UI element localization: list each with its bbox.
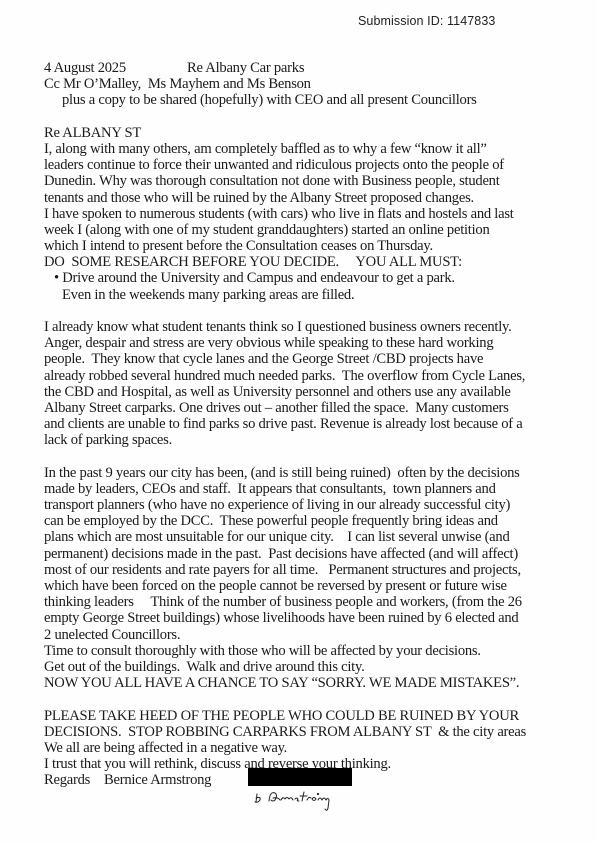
text-line: Anger, despair and stress are very obvio… (44, 335, 589, 351)
re-line: Re ALBANY ST (44, 125, 589, 141)
bullet-icon: • (54, 270, 59, 286)
text-line: week I (along with one of my student gra… (44, 222, 589, 238)
text-line: We all are being affected in a negative … (44, 740, 589, 756)
letter-subject: Re Albany Car parks (187, 60, 304, 76)
text-line: tenants and those who will be ruined by … (44, 190, 589, 206)
text-line: can be employed by the DCC. These powerf… (44, 513, 589, 529)
text-line: I already know what student tenants thin… (44, 319, 589, 335)
text-line: I have spoken to numerous students (with… (44, 206, 589, 222)
text-line: people. They know that cycle lanes and t… (44, 351, 589, 367)
text-line: made by leaders, CEOs and staff. It appe… (44, 481, 589, 497)
text-line: which I intend to present before the Con… (44, 238, 589, 254)
paragraph-1: I, along with many others, am completely… (44, 141, 589, 271)
letter-date: 4 August 2025 (44, 60, 126, 76)
text-line: permanent) decisions made in the past. P… (44, 546, 589, 562)
document-page: Submission ID: 1147833 4 August 2025 Re … (0, 0, 597, 844)
letter-header-row: 4 August 2025 Re Albany Car parks (44, 60, 589, 76)
paragraph-2: I already know what student tenants thin… (44, 319, 589, 449)
text-line: most of our residents and rate payers fo… (44, 562, 589, 578)
text-line: DO SOME RESEARCH BEFORE YOU DECIDE. YOU … (44, 254, 589, 270)
signature-icon (252, 788, 347, 820)
text-line: Albany Street carparks. One drives out –… (44, 400, 589, 416)
paragraph-4: PLEASE TAKE HEED OF THE PEOPLE WHO COULD… (44, 708, 589, 773)
paragraph-3: In the past 9 years our city has been, (… (44, 465, 589, 692)
letter-body: 4 August 2025 Re Albany Car parks Cc Mr … (44, 60, 589, 788)
text-line: transport planners (who have no experien… (44, 497, 589, 513)
text-line: PLEASE TAKE HEED OF THE PEOPLE WHO COULD… (44, 708, 589, 724)
text-line: thinking leaders Think of the number of … (44, 594, 589, 610)
text-line: leaders continue to force their unwanted… (44, 157, 589, 173)
spacer (44, 303, 589, 319)
regards-text: Regards (44, 772, 90, 788)
text-line: empty George Street buildings) whose liv… (44, 610, 589, 626)
text-line: I, along with many others, am completely… (44, 141, 589, 157)
text-line: Dunedin. Why was thorough consultation n… (44, 173, 589, 189)
submission-id: Submission ID: 1147833 (358, 14, 495, 28)
redaction-box (248, 768, 352, 786)
text-line: and clients are unable to find parks so … (44, 416, 589, 432)
text-line: which have been forced on the people can… (44, 578, 589, 594)
copy-note: plus a copy to be shared (hopefully) wit… (44, 92, 589, 108)
bullet-continuation: Even in the weekends many parking areas … (44, 287, 589, 303)
text-line: 2 unelected Councillors. (44, 627, 589, 643)
text-line: In the past 9 years our city has been, (… (44, 465, 589, 481)
bullet-item: • Drive around the University and Campus… (44, 270, 589, 302)
spacer (44, 109, 589, 125)
text-line: plans which are most unsuitable for our … (44, 529, 589, 545)
cc-line: Cc Mr O’Malley, Ms Mayhem and Ms Benson (44, 76, 589, 92)
text-line: already robbed several hundred much need… (44, 368, 589, 384)
text-line: lack of parking spaces. (44, 432, 589, 448)
spacer (44, 691, 589, 707)
spacer (44, 449, 589, 465)
text-line: DECISIONS. STOP ROBBING CARPARKS FROM AL… (44, 724, 589, 740)
bullet-text: Drive around the University and Campus a… (62, 270, 455, 286)
text-line: Time to consult thoroughly with those wh… (44, 643, 589, 659)
text-line: Get out of the buildings. Walk and drive… (44, 659, 589, 675)
text-line: NOW YOU ALL HAVE A CHANCE TO SAY “SORRY.… (44, 675, 589, 691)
author-name: Bernice Armstrong (104, 772, 211, 788)
text-line: the CBD and Hospital, as well as Univers… (44, 384, 589, 400)
